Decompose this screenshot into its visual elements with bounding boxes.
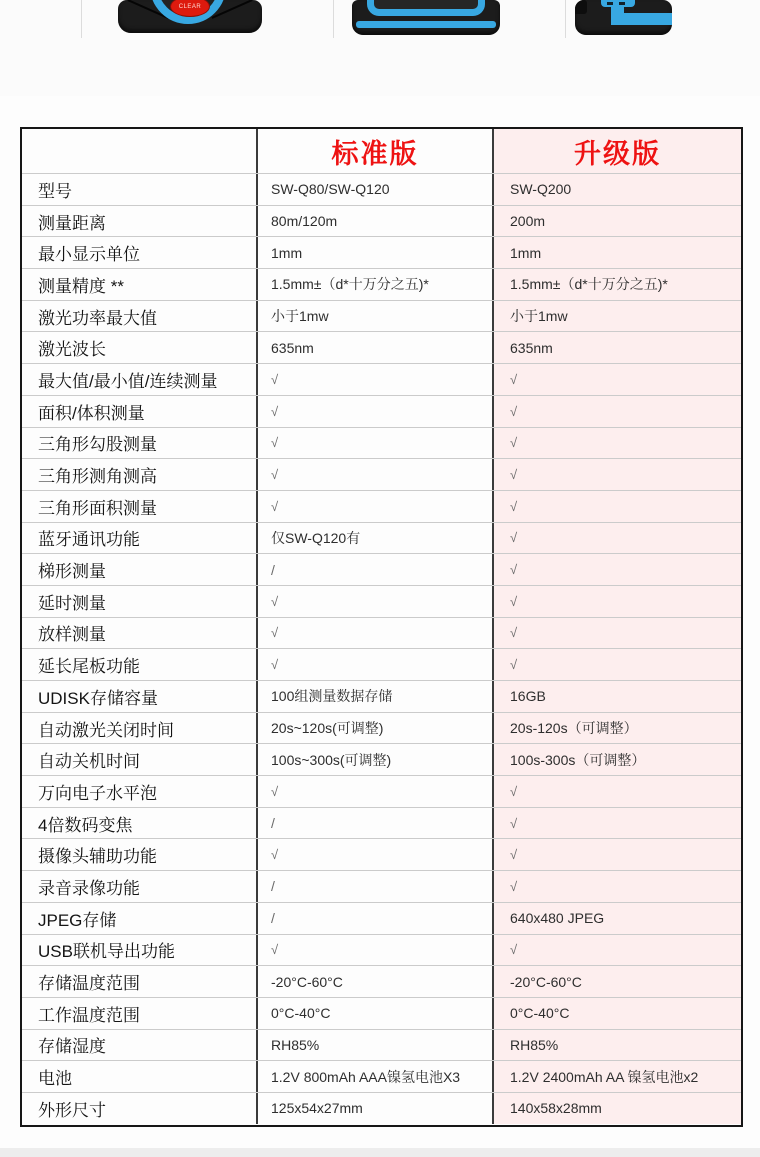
upgrade-value: 16GB [492, 681, 741, 712]
upgrade-value: 200m [492, 206, 741, 237]
standard-value: √ [256, 586, 492, 617]
standard-value: / [256, 871, 492, 902]
standard-value: / [256, 808, 492, 839]
upgrade-value: 20s-120s（可调整） [492, 713, 741, 744]
standard-value: 635nm [256, 332, 492, 363]
standard-value: 80m/120m [256, 206, 492, 237]
upgrade-value: √ [492, 649, 741, 680]
row-label: 存储湿度 [22, 1030, 256, 1061]
row-label: UDISK存储容量 [22, 681, 256, 712]
spec-comparison-table: 标准版 升级版 型号SW-Q80/SW-Q120SW-Q200测量距离80m/1… [20, 127, 743, 1127]
row-label: 面积/体积测量 [22, 396, 256, 427]
standard-value: / [256, 903, 492, 934]
row-label: 延时测量 [22, 586, 256, 617]
upgrade-value: √ [492, 396, 741, 427]
row-label: 放样测量 [22, 618, 256, 649]
table-row: 延长尾板功能√√ [22, 648, 741, 680]
upgrade-value: 1.2V 2400mAh AA 镍氢电池x2 [492, 1061, 741, 1092]
row-label: 摄像头辅助功能 [22, 839, 256, 870]
upgrade-value: √ [492, 935, 741, 966]
standard-value: 1mm [256, 237, 492, 268]
standard-value: SW-Q80/SW-Q120 [256, 174, 492, 205]
row-label: 蓝牙通讯功能 [22, 523, 256, 554]
table-row: 放样测量√√ [22, 617, 741, 649]
table-row: 测量精度 **1.5mm±（d*十万分之五)*1.5mm±（d*十万分之五)* [22, 268, 741, 300]
product-photos-strip: CLEAR [0, 0, 760, 96]
standard-value: 1.2V 800mAh AAA镍氢电池X3 [256, 1061, 492, 1092]
table-row: 蓝牙通讯功能仅SW-Q120有√ [22, 522, 741, 554]
table-row: 存储温度范围-20°C-60°C-20°C-60°C [22, 965, 741, 997]
table-row: 三角形勾股测量√√ [22, 427, 741, 459]
connector-contact [619, 2, 625, 5]
table-row: 梯形测量/√ [22, 553, 741, 585]
row-label: 自动激光关闭时间 [22, 713, 256, 744]
standard-value: 20s~120s(可调整) [256, 713, 492, 744]
standard-value: RH85% [256, 1030, 492, 1061]
bottom-gray-band [0, 1148, 760, 1157]
row-label: 存储温度范围 [22, 966, 256, 997]
row-label: 激光波长 [22, 332, 256, 363]
upgrade-value: √ [492, 808, 741, 839]
row-label: 测量精度 ** [22, 269, 256, 300]
upgrade-value: 635nm [492, 332, 741, 363]
row-label: 测量距离 [22, 206, 256, 237]
table-row: JPEG存储/640x480 JPEG [22, 902, 741, 934]
screen-frame [367, 0, 485, 16]
table-row: 面积/体积测量√√ [22, 395, 741, 427]
header-blank-cell [22, 129, 256, 173]
standard-value: √ [256, 776, 492, 807]
row-label: 电池 [22, 1061, 256, 1092]
photo-panel-divider [81, 0, 82, 38]
upgrade-value: √ [492, 491, 741, 522]
standard-value: 0°C-40°C [256, 998, 492, 1029]
upgrade-value: 640x480 JPEG [492, 903, 741, 934]
upgrade-value: RH85% [492, 1030, 741, 1061]
table-row: 外形尺寸125x54x27mm140x58x28mm [22, 1092, 741, 1124]
table-row: 最大值/最小值/连续测量√√ [22, 363, 741, 395]
upgrade-value: √ [492, 586, 741, 617]
table-row: 电池1.2V 800mAh AAA镍氢电池X31.2V 2400mAh AA 镍… [22, 1060, 741, 1092]
upgrade-value: √ [492, 364, 741, 395]
standard-value: √ [256, 428, 492, 459]
upgrade-value: 140x58x28mm [492, 1093, 741, 1124]
table-row: 自动关机时间100s~300s(可调整)100s-300s（可调整） [22, 743, 741, 775]
table-row: 型号SW-Q80/SW-Q120SW-Q200 [22, 173, 741, 205]
table-row: 激光波长635nm635nm [22, 331, 741, 363]
row-label: 工作温度范围 [22, 998, 256, 1029]
product-spec-page: CLEAR 标准版 升级版 型号SW-Q80/SW-Q120 [0, 0, 760, 1157]
row-label: 型号 [22, 174, 256, 205]
header-standard-version: 标准版 [256, 129, 492, 173]
upgrade-value: 1mm [492, 237, 741, 268]
standard-value: 仅SW-Q120有 [256, 523, 492, 554]
standard-value: √ [256, 618, 492, 649]
upgrade-value: √ [492, 428, 741, 459]
standard-value: √ [256, 396, 492, 427]
laser-meter-photo-upgrade [575, 0, 672, 35]
standard-value: 100组测量数据存储 [256, 681, 492, 712]
upgrade-value: -20°C-60°C [492, 966, 741, 997]
standard-value: -20°C-60°C [256, 966, 492, 997]
standard-value: √ [256, 364, 492, 395]
row-label: 激光功率最大值 [22, 301, 256, 332]
row-label: JPEG存储 [22, 903, 256, 934]
table-row: UDISK存储容量100组测量数据存储16GB [22, 680, 741, 712]
upgrade-value: √ [492, 459, 741, 490]
device-body [352, 0, 500, 35]
standard-value: 100s~300s(可调整) [256, 744, 492, 775]
accent-stripe [356, 21, 496, 28]
laser-meter-photo-standard: CLEAR [118, 0, 262, 33]
device-body [575, 0, 672, 35]
table-row: 摄像头辅助功能√√ [22, 838, 741, 870]
upgrade-value: √ [492, 839, 741, 870]
standard-value: √ [256, 839, 492, 870]
header-upgrade-version: 升级版 [492, 129, 741, 173]
standard-value: 125x54x27mm [256, 1093, 492, 1124]
standard-value: √ [256, 459, 492, 490]
table-row: 存储湿度RH85%RH85% [22, 1029, 741, 1061]
upgrade-value: SW-Q200 [492, 174, 741, 205]
row-label: 三角形勾股测量 [22, 428, 256, 459]
table-row: 三角形面积测量√√ [22, 490, 741, 522]
upgrade-value: √ [492, 776, 741, 807]
standard-value: √ [256, 491, 492, 522]
table-row: 激光功率最大值小于1mw小于1mw [22, 300, 741, 332]
upgrade-value: 0°C-40°C [492, 998, 741, 1029]
photo-panel-divider [333, 0, 334, 38]
table-row: 万向电子水平泡√√ [22, 775, 741, 807]
standard-value: 小于1mw [256, 301, 492, 332]
standard-value: √ [256, 649, 492, 680]
table-header-row: 标准版 升级版 [22, 129, 741, 173]
table-row: USB联机导出功能√√ [22, 934, 741, 966]
row-label: 自动关机时间 [22, 744, 256, 775]
table-row: 录音录像功能/√ [22, 870, 741, 902]
table-row: 三角形测角测高√√ [22, 458, 741, 490]
table-row: 延时测量√√ [22, 585, 741, 617]
upgrade-value: √ [492, 871, 741, 902]
device-notch [575, 0, 587, 14]
upgrade-value: 小于1mw [492, 301, 741, 332]
spec-rows: 型号SW-Q80/SW-Q120SW-Q200测量距离80m/120m200m最… [22, 173, 741, 1125]
row-label: 三角形面积测量 [22, 491, 256, 522]
row-label: 三角形测角测高 [22, 459, 256, 490]
row-label: 外形尺寸 [22, 1093, 256, 1124]
table-row: 测量距离80m/120m200m [22, 205, 741, 237]
row-label: USB联机导出功能 [22, 935, 256, 966]
row-label: 延长尾板功能 [22, 649, 256, 680]
accent-stripe-horizontal [611, 13, 672, 25]
row-label: 梯形测量 [22, 554, 256, 585]
connector-contact [607, 2, 613, 5]
standard-value: 1.5mm±（d*十万分之五)* [256, 269, 492, 300]
standard-value: √ [256, 935, 492, 966]
row-label: 最小显示单位 [22, 237, 256, 268]
table-row: 4倍数码变焦/√ [22, 807, 741, 839]
table-row: 自动激光关闭时间20s~120s(可调整)20s-120s（可调整） [22, 712, 741, 744]
upgrade-value: 100s-300s（可调整） [492, 744, 741, 775]
row-label: 万向电子水平泡 [22, 776, 256, 807]
table-row: 最小显示单位1mm1mm [22, 236, 741, 268]
laser-meter-photo-middle [352, 0, 500, 35]
standard-value: / [256, 554, 492, 585]
upgrade-value: √ [492, 618, 741, 649]
upgrade-value: √ [492, 523, 741, 554]
row-label: 4倍数码变焦 [22, 808, 256, 839]
upgrade-value: √ [492, 554, 741, 585]
row-label: 最大值/最小值/连续测量 [22, 364, 256, 395]
row-label: 录音录像功能 [22, 871, 256, 902]
upgrade-value: 1.5mm±（d*十万分之五)* [492, 269, 741, 300]
table-row: 工作温度范围0°C-40°C0°C-40°C [22, 997, 741, 1029]
photo-panel-divider [565, 0, 566, 38]
